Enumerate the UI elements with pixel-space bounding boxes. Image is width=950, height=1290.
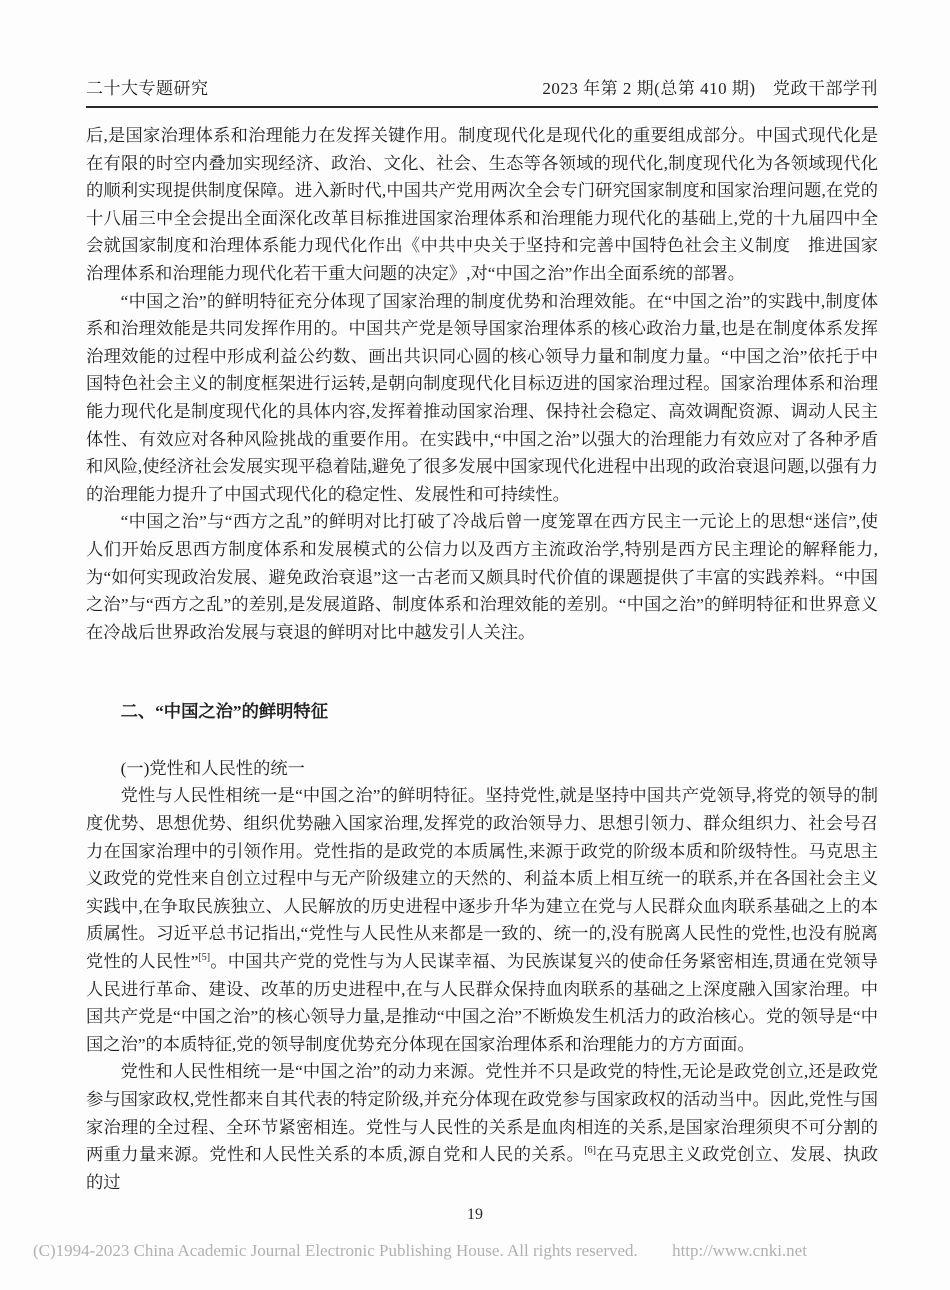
content-column: 二十大专题研究 2023 年第 2 期(总第 410 期) 党政干部学刊 后,是… — [86, 74, 878, 1196]
page-header: 二十大专题研究 2023 年第 2 期(总第 410 期) 党政干部学刊 — [86, 74, 878, 108]
paragraph: “中国之治”的鲜明特征充分体现了国家治理的制度优势和治理效能。在“中国之治”的实… — [86, 288, 878, 509]
header-column-title: 二十大专题研究 — [86, 74, 209, 99]
paragraph: “中国之治”与“西方之乱”的鲜明对比打破了冷战后曾一度笼罩在西方民主一元论上的思… — [86, 508, 878, 646]
journal-page: 二十大专题研究 2023 年第 2 期(总第 410 期) 党政干部学刊 后,是… — [0, 0, 950, 1290]
section-heading: 二、“中国之治”的鲜明特征 — [86, 698, 878, 726]
header-issue-info: 2023 年第 2 期(总第 410 期) 党政干部学刊 — [542, 74, 878, 99]
subsection-heading: (一)党性和人民性的统一 — [86, 755, 878, 783]
paragraph: 党性和人民性相统一是“中国之治”的动力来源。党性并不只是政党的特性,无论是政党创… — [86, 1058, 878, 1196]
copyright-text: (C)1994-2023 China Academic Journal Elec… — [33, 1241, 638, 1260]
copyright-footer: (C)1994-2023 China Academic Journal Elec… — [33, 1241, 807, 1261]
paragraph: 后,是国家治理体系和治理能力在发挥关键作用。制度现代化是现代化的重要组成部分。中… — [86, 122, 878, 288]
paragraph: 党性与人民性相统一是“中国之治”的鲜明特征。坚持党性,就是坚持中国共产党领导,将… — [86, 782, 878, 1058]
footnote-ref: [5] — [198, 952, 210, 963]
page-number: 19 — [0, 1206, 950, 1224]
footnote-ref: [6] — [584, 1145, 596, 1156]
article-body: 后,是国家治理体系和治理能力在发挥关键作用。制度现代化是现代化的重要组成部分。中… — [86, 122, 878, 1196]
cnki-url: http://www.cnki.net — [672, 1241, 807, 1260]
